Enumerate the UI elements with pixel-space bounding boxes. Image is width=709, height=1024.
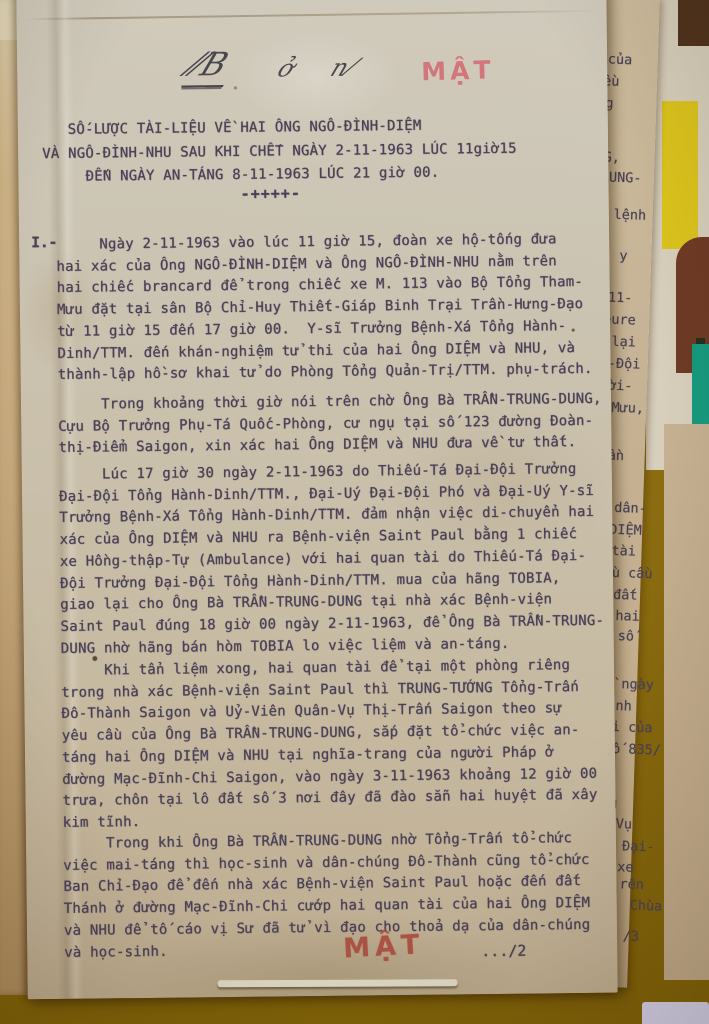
- paragraph-3: Lúc 17 giờ 30 ngày 2-11-1963 do Thiếu-Tá…: [59, 459, 605, 660]
- page-reference: .../2: [481, 942, 526, 961]
- text-line: thành-lập hồ-sơ khai tử do Phòng Tổng Qu…: [58, 359, 593, 387]
- lavender-scrap: [642, 1002, 709, 1024]
- secret-stamp-bottom: MẬT: [342, 929, 425, 964]
- handwritten-mark-2: ở: [274, 54, 299, 82]
- page2-text-fragment: y: [619, 248, 628, 264]
- crease-line-horizontal: [25, 10, 600, 21]
- document-title: SỐ-LƯỢC TÀI-LIỆU VỀ HAI ÔNG NGÔ-ĐÌNH-DIỆ…: [42, 114, 517, 190]
- title-divider: -++++-: [241, 184, 301, 203]
- cover-teal-block: [692, 344, 709, 428]
- background-page-lower: [664, 424, 709, 980]
- page2-text-fragment: lệnh: [613, 207, 646, 224]
- handwritten-mark-1: ⁄⁄B: [181, 45, 240, 88]
- page2-text-fragment: đất: [613, 587, 638, 604]
- page2-text-fragment: tài: [611, 543, 636, 560]
- handwritten-mark-3: n⁄: [327, 53, 361, 81]
- section-marker: I.-: [31, 235, 57, 251]
- paragraph-1: Ngày 2-11-1963 vào lúc 11 giờ 15, đoàn x…: [56, 229, 593, 387]
- page2-text-fragment: hai: [615, 608, 640, 625]
- paragraph-2: Trong khoảng thời giờ nói trên chờ Ông B…: [58, 389, 602, 460]
- paragraph-4: Khi tẩn liệm xong, hai quan tài để tại m…: [61, 655, 598, 835]
- secret-stamp-top: MẬT: [421, 55, 495, 86]
- page2-text-fragment: Chùa: [630, 898, 663, 915]
- page2-text-fragment: /3: [623, 928, 640, 945]
- page2-text-fragment: rên: [619, 876, 644, 893]
- cover-dark-corner: [678, 0, 709, 46]
- page2-text-fragment: DIỆM: [609, 522, 642, 539]
- page2-text-fragment: của: [608, 51, 633, 68]
- document-page: ⁄⁄B ở n⁄ MẬT SỐ-LƯỢC TÀI-LIỆU VỀ HAI ÔNG…: [16, 0, 617, 999]
- page-bottom-fold: [218, 979, 458, 987]
- cover-yellow-block: [662, 101, 698, 249]
- photo-of-document: { "document": { "classification_stamp_to…: [0, 0, 709, 1024]
- page2-text-fragment: số: [617, 628, 634, 645]
- page2-text-fragment: lại: [611, 334, 636, 351]
